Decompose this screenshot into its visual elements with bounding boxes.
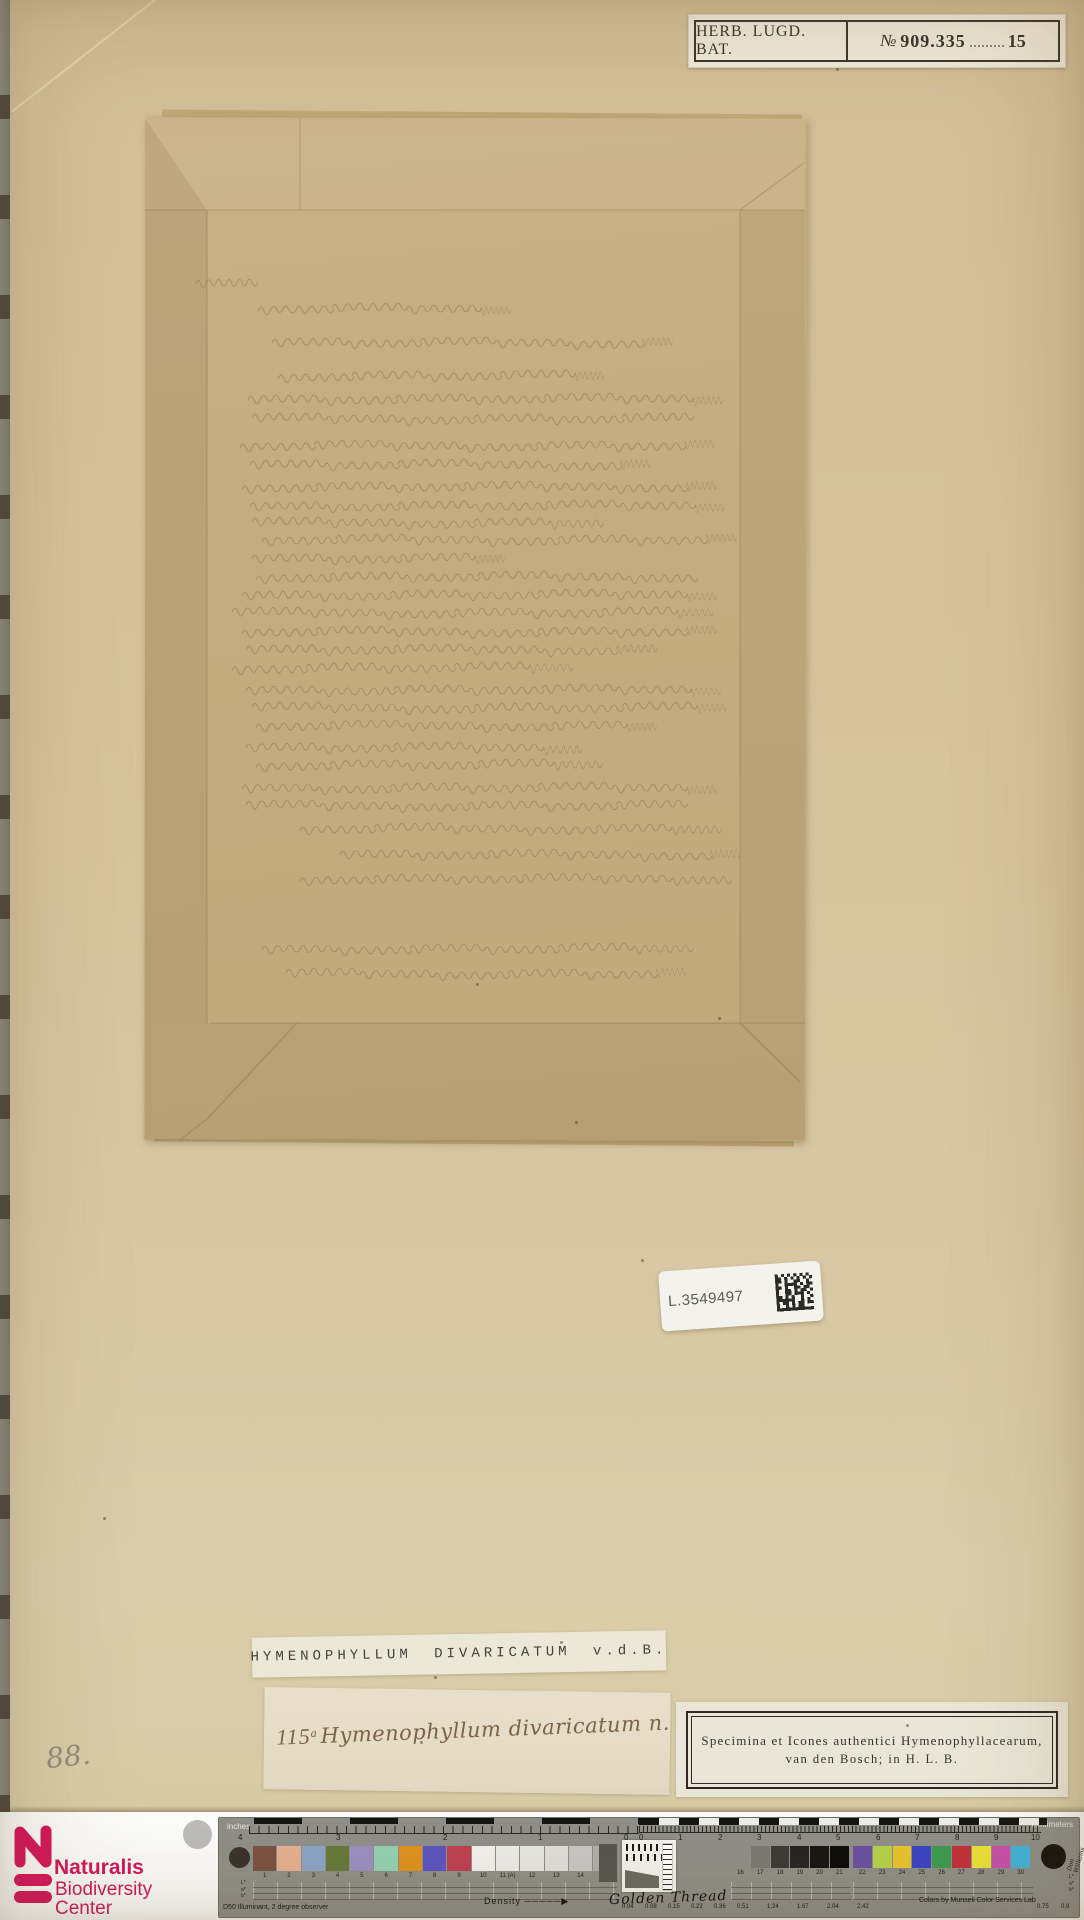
dirt-speck [560,1641,563,1644]
stamp-number-cell: № 909.335 15 [848,22,1058,60]
cm-ruler-ticks [639,1826,1041,1833]
herbarium-stamp-label: HERB. LUGD. BAT. № 909.335 15 [688,14,1066,68]
film-strip-notch [0,895,10,919]
lab-row-headers-right: L*a*b* [1069,1874,1074,1894]
color-patch-2: 2 [277,1846,300,1879]
resolution-bars [626,1844,664,1851]
digitization-footer: Naturalis Biodiversity Center inches cen… [0,1812,1084,1920]
film-strip-notch [0,1195,10,1219]
color-patch-6: 6 [374,1846,397,1879]
gray-patch-row: 161718192021 [731,1846,850,1876]
resolution-target-card [622,1840,676,1892]
film-strip-notch [0,1695,10,1719]
datamatrix-icon [775,1272,816,1313]
color-patch-29: 29 [992,1846,1011,1876]
series-author: van den Bosch; in H. L. B. [786,1752,959,1767]
accession-number: 909.335 [900,31,966,52]
film-strip-notch [0,395,10,419]
handwritten-original-label: 115a Hymenophyllum divaricatum n. sp. [263,1687,670,1795]
dirt-speck [476,983,479,986]
color-patch-7: 7 [399,1846,422,1879]
film-strip-notch [0,95,10,119]
slate-patch [599,1844,617,1882]
naturalis-logo: Naturalis Biodiversity Center [12,1820,212,1916]
copy-number: 15 [1008,31,1026,52]
color-patch-16: 16 [731,1846,750,1876]
typed-species-name: HYMENOPHYLLUM DIVARICATUM v.d.B. [250,1642,667,1665]
logo-text-center: Center [55,1898,112,1920]
golden-thread-brand: Golden Thread [609,1888,728,1908]
dirt-speck [434,1676,437,1679]
inches-label: inches [227,1822,250,1831]
color-patch-11 (A): 11 (A) [496,1846,519,1879]
stamp-institution: HERB. LUGD. BAT. [696,22,848,60]
color-patch-1: 1 [253,1846,276,1879]
color-patch-22: 22 [853,1846,872,1876]
color-patch-10: 10 [472,1846,495,1879]
ruler-checker-segments [639,1818,1047,1825]
resolution-bars [626,1854,664,1861]
film-strip-notch [0,195,10,219]
color-patch-row-left: 1234567891011 (A)12131415 [253,1846,617,1879]
film-strip-notch [0,1495,10,1519]
color-patch-4: 4 [326,1846,349,1879]
color-patch-17: 17 [751,1846,770,1876]
dirt-speck [641,1259,644,1262]
color-patch-8: 8 [423,1846,446,1879]
film-strip-notch [0,1395,10,1419]
signature-text: Don Williams [1066,1845,1084,1874]
gray-wedge [625,1870,659,1888]
series-label-border: Specimina et Icones authentici Hymenophy… [686,1711,1058,1789]
stamp-border-box: HERB. LUGD. BAT. № 909.335 15 [694,20,1060,62]
resolution-strip [662,1843,673,1891]
color-patch-24: 24 [893,1846,912,1876]
color-patch-20: 20 [810,1846,829,1876]
color-patch-25: 25 [912,1846,931,1876]
series-label: Specimina et Icones authentici Hymenophy… [676,1702,1068,1797]
color-patch-14: 14 [569,1846,592,1879]
typed-determination-label: HYMENOPHYLLUM DIVARICATUM v.d.B. [252,1630,667,1677]
color-patch-5: 5 [350,1846,373,1879]
handwritten-species-name: Hymenophyllum divaricatum n. sp. [320,1709,670,1748]
dirt-speck [575,1121,578,1124]
tracing-paper-sheet [144,117,807,1141]
ruler-black-segments [254,1818,639,1824]
film-strip-notch [0,1595,10,1619]
numero-sign: № [880,31,896,51]
dirt-speck [420,1741,423,1744]
color-patch-27: 27 [952,1846,971,1876]
collection-number-superscript: a [310,1726,317,1740]
color-patch-28: 28 [972,1846,991,1876]
lab-values-table [731,1882,851,1900]
color-patch-9: 9 [447,1846,470,1879]
black-registration-circle [1041,1844,1066,1869]
gray-registration-dot [183,1820,212,1849]
color-patch-26: 26 [932,1846,951,1876]
film-strip-notch [0,1295,10,1319]
film-strip-notch [0,495,10,519]
film-strip-notch [0,695,10,719]
barcode-label: L.3549497 [658,1260,824,1331]
color-patch-13: 13 [545,1846,568,1879]
dirt-speck [718,1017,721,1020]
film-strip-edge [0,0,10,1812]
dirt-speck [103,1517,106,1520]
color-patch-row-right: 222324252627282930 [853,1846,1031,1876]
dirt-speck [836,68,839,71]
series-title: Specimina et Icones authentici Hymenophy… [701,1733,1042,1749]
color-patch-30: 30 [1011,1846,1030,1876]
handwritten-species-line: 115a Hymenophyllum divaricatum n. sp. [276,1708,671,1751]
color-patch-19: 19 [790,1846,809,1876]
munsell-credit: Colors by Munsell Color Services Lab [919,1897,1053,1904]
film-strip-notch [0,295,10,319]
logo-text-naturalis: Naturalis [54,1856,144,1880]
color-patch-21: 21 [830,1846,849,1876]
film-strip-notch [0,1095,10,1119]
dotted-leader [970,35,1004,47]
film-strip-notch [0,595,10,619]
color-patch-23: 23 [873,1846,892,1876]
dark-registration-circle [229,1847,250,1868]
film-strip-notch [0,795,10,819]
film-strip-notch [0,995,10,1019]
dirt-speck [906,1724,909,1727]
lab-row-headers: L*a*b* [241,1880,246,1900]
specimen-barcode-number: L.3549497 [668,1286,769,1310]
herbarium-sheet-scan: HERB. LUGD. BAT. № 909.335 15 [0,0,1084,1920]
illuminant-note: D50 Illuminant, 2 degree observer [223,1904,328,1911]
color-patch-3: 3 [302,1846,325,1879]
collection-number: 115 [276,1723,311,1749]
pencil-page-number: 88. [44,1738,92,1775]
density-label: Density ─────▶ [484,1896,569,1907]
color-patch-12: 12 [520,1846,543,1879]
color-calibration-target: inches centimeters 43210 012345678910 12… [218,1817,1080,1918]
color-patch-18: 18 [771,1846,790,1876]
paper-crease [12,0,163,112]
